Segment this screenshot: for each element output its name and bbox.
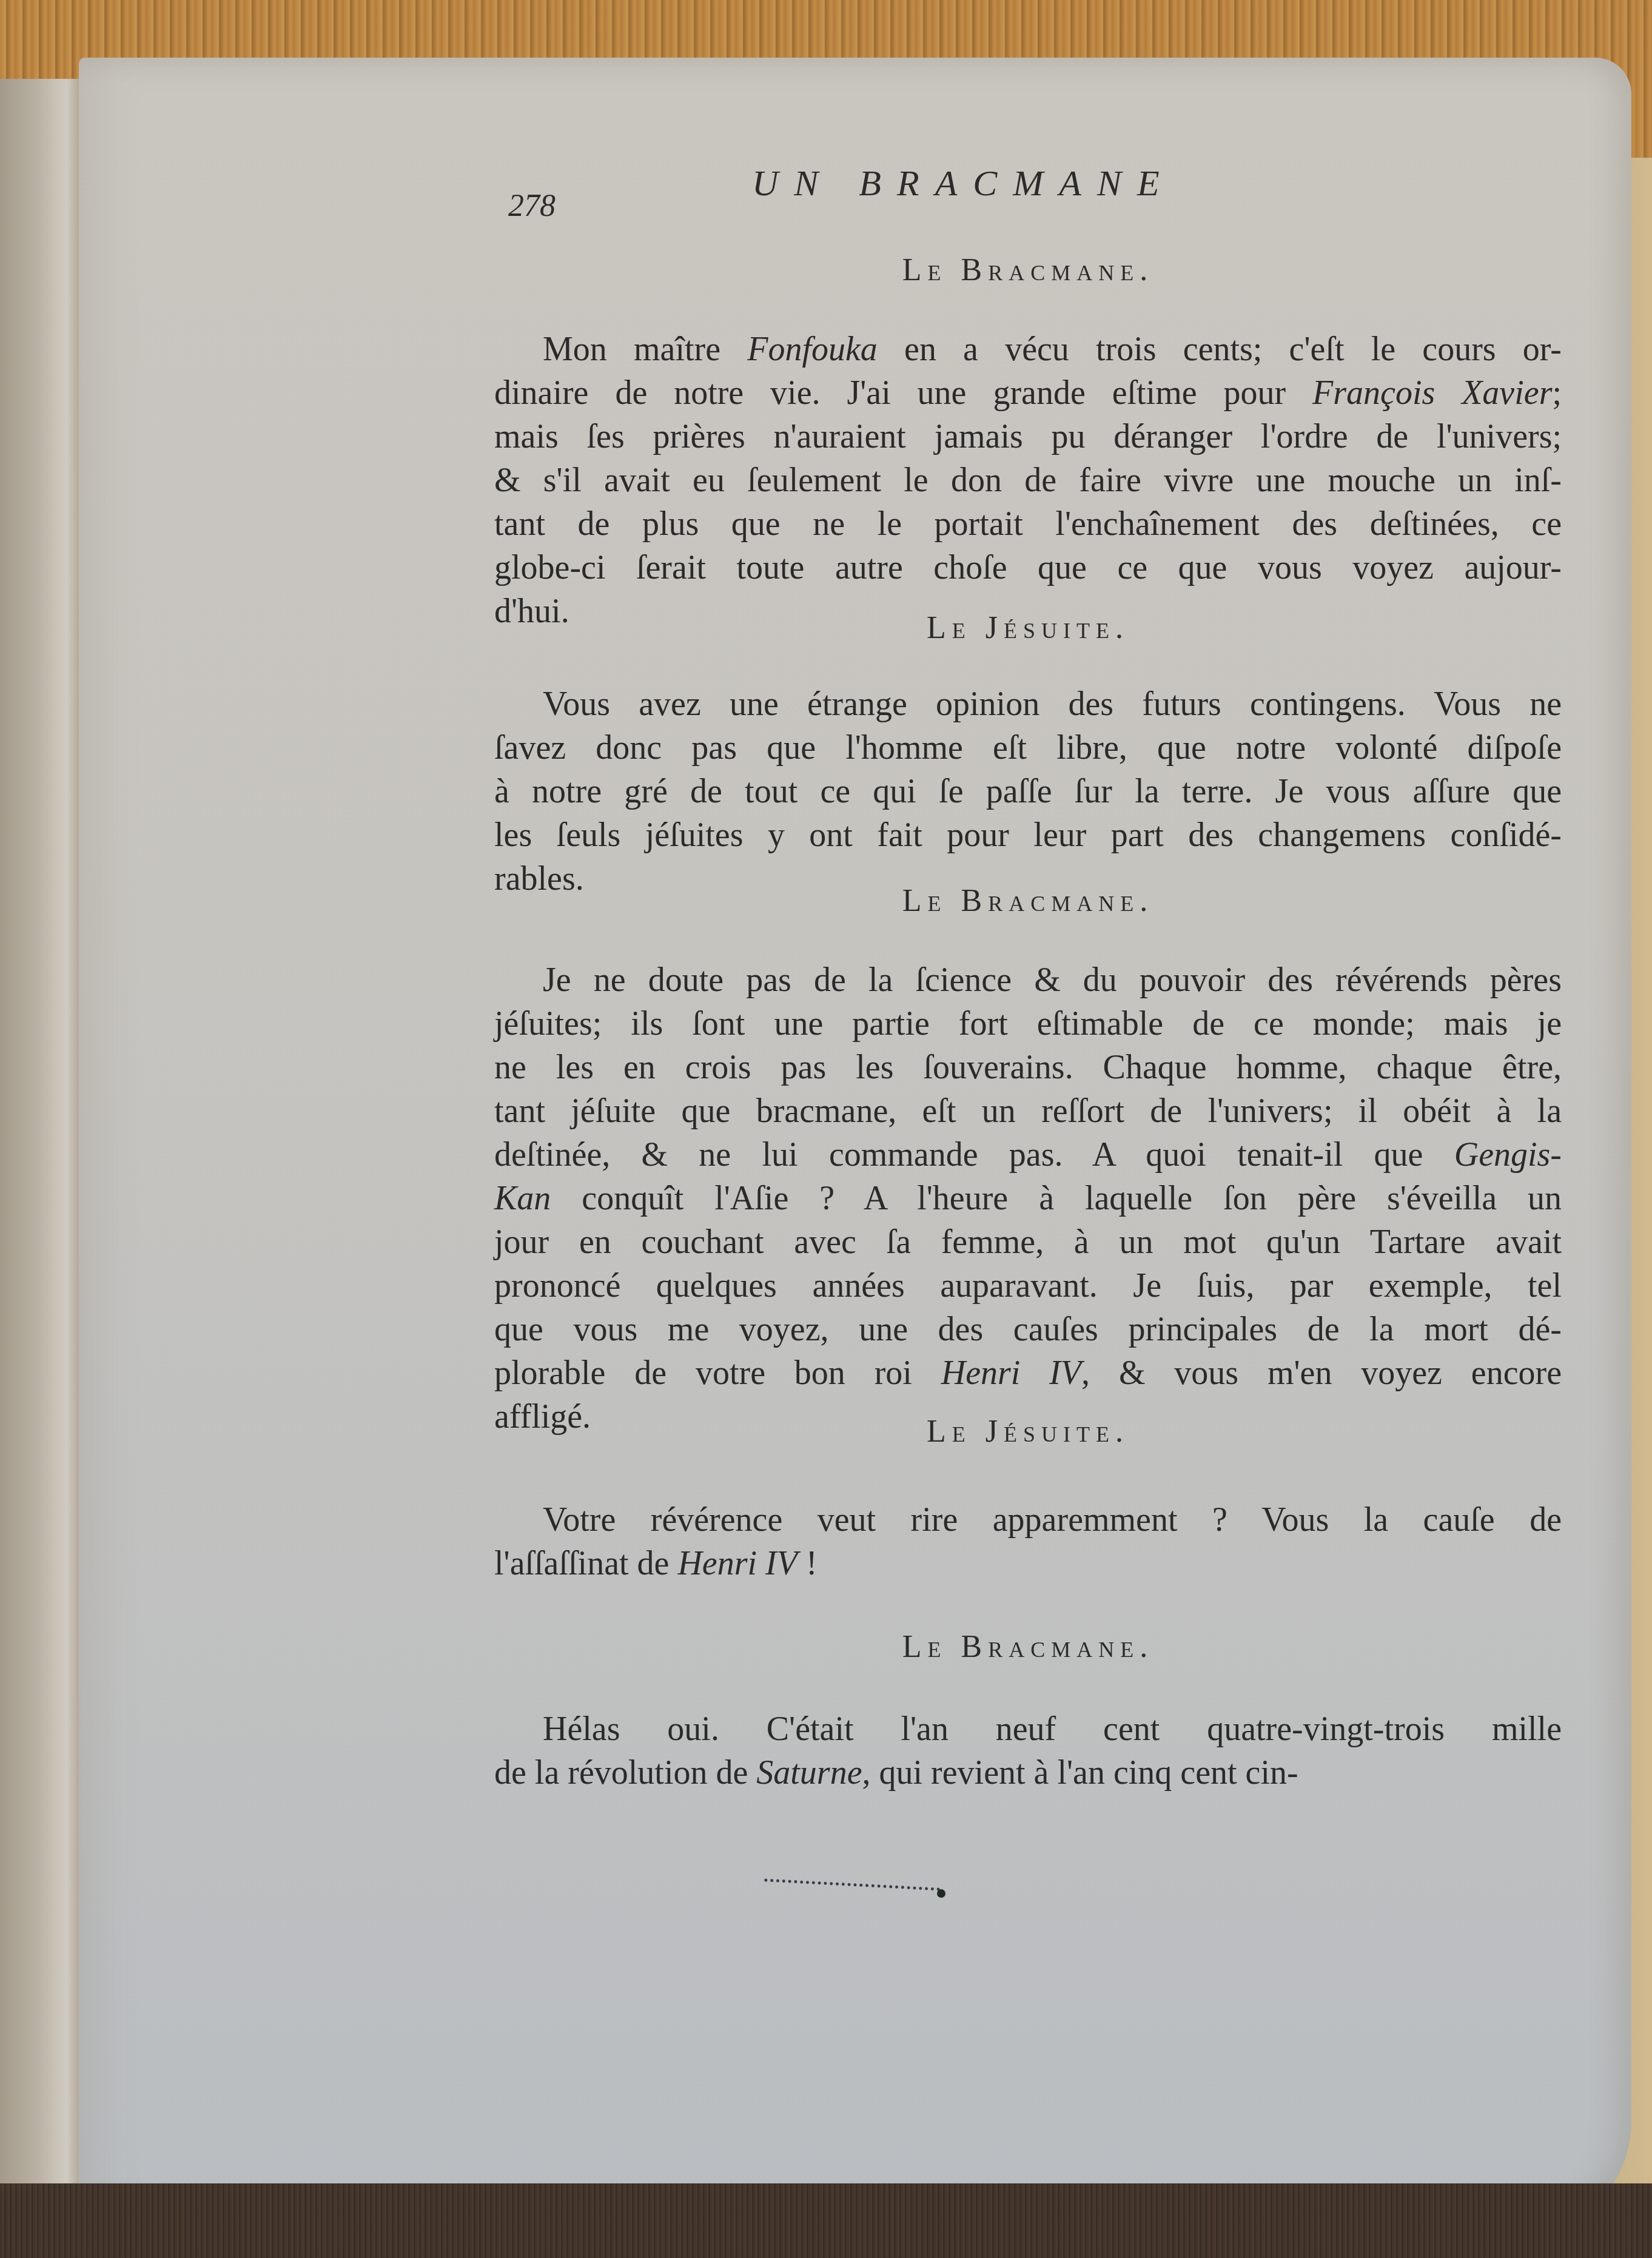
text-line: de la révolution de Saturne, qui revient… bbox=[494, 1751, 1562, 1795]
dialogue-paragraph: Mon maître Fonfouka en a vécu trois cent… bbox=[494, 328, 1562, 633]
italic-name: Saturne bbox=[756, 1754, 862, 1792]
dialogue-paragraph: Hélas oui. C'était l'an neuf cent quatre… bbox=[494, 1707, 1562, 1795]
text-line: prononcé quelques années auparavant. Je … bbox=[494, 1264, 1562, 1308]
text-line: Je ne doute pas de la ſcience & du pouvo… bbox=[494, 958, 1562, 1002]
ink-dot bbox=[937, 1889, 945, 1898]
italic-name: Kan bbox=[494, 1180, 551, 1217]
speaker-heading: Le Bracmane. bbox=[494, 1625, 1562, 1669]
text-line: les ſeuls jéſuites y ont fait pour leur … bbox=[494, 813, 1562, 857]
text-line: ne les en crois pas les ſouverains. Chaq… bbox=[494, 1046, 1562, 1089]
italic-name: Henri IV bbox=[941, 1354, 1081, 1392]
text-line: que vous me voyez, une des cauſes princi… bbox=[494, 1308, 1562, 1351]
speaker-heading: Le Bracmane. bbox=[494, 249, 1562, 292]
text-line: Votre révérence veut rire apparemment ? … bbox=[494, 1498, 1562, 1542]
text-line: dinaire de notre vie. J'ai une grande eſ… bbox=[494, 371, 1562, 415]
italic-name: François Xavier bbox=[1312, 374, 1552, 412]
text-line: deſtinée, & ne lui commande pas. A quoi … bbox=[494, 1133, 1562, 1177]
table-surface-shadow bbox=[0, 2183, 1652, 2258]
italic-name: Henri IV bbox=[677, 1545, 797, 1582]
text-line: & s'il avait eu ſeulement le don de fair… bbox=[494, 459, 1562, 502]
dialogue-paragraph: Votre révérence veut rire apparemment ? … bbox=[494, 1498, 1562, 1585]
text-line: tant jéſuite que bracmane, eſt un reſſor… bbox=[494, 1089, 1562, 1133]
text-line: tant de plus que ne le portait l'enchaîn… bbox=[494, 502, 1562, 546]
speaker-heading: Le Jésuite. bbox=[494, 1410, 1562, 1454]
text-line: Mon maître Fonfouka en a vécu trois cent… bbox=[494, 328, 1562, 371]
text-line: Kan conquît l'Aſie ? A l'heure à laquell… bbox=[494, 1177, 1562, 1220]
speaker-heading: Le Jésuite. bbox=[494, 607, 1562, 650]
text-line: Hélas oui. C'était l'an neuf cent quatre… bbox=[494, 1707, 1562, 1751]
text-line: jéſuites; ils ſont une partie fort eſtim… bbox=[494, 1002, 1562, 1046]
text-line: à notre gré de tout ce qui ſe paſſe ſur … bbox=[494, 770, 1562, 813]
text-line: jour en couchant avec ſa femme, à un mot… bbox=[494, 1220, 1562, 1264]
dialogue-paragraph: Vous avez une étrange opinion des futurs… bbox=[494, 682, 1562, 901]
dialogue-paragraph: Je ne doute pas de la ſcience & du pouvo… bbox=[494, 958, 1562, 1439]
italic-name: Gengis- bbox=[1454, 1136, 1562, 1174]
text-line: l'aſſaſſinat de Henri IV ! bbox=[494, 1542, 1562, 1585]
italic-name: Fonfouka bbox=[747, 331, 878, 368]
page-number: 278 bbox=[508, 188, 556, 224]
text-line: mais ſes prières n'auraient jamais pu dé… bbox=[494, 415, 1562, 459]
text-line: globe-ci ſerait toute autre choſe que ce… bbox=[494, 546, 1562, 590]
text-line: plorable de votre bon roi Henri IV, & vo… bbox=[494, 1351, 1562, 1395]
speaker-heading: Le Bracmane. bbox=[494, 879, 1562, 923]
text-line: Vous avez une étrange opinion des futurs… bbox=[494, 682, 1562, 726]
running-head: UN BRACMANE bbox=[752, 163, 1175, 204]
text-line: ſavez donc pas que l'homme eſt libre, qu… bbox=[494, 726, 1562, 770]
